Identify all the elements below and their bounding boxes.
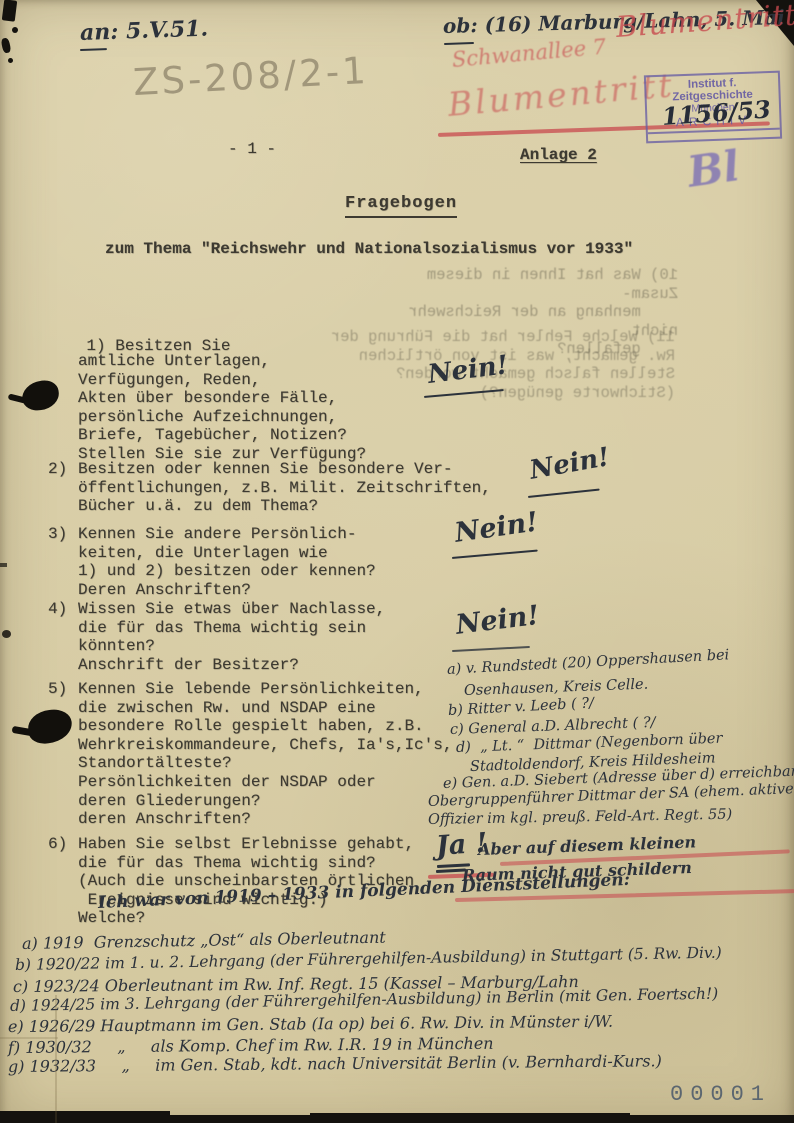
question-5-number: 5): [48, 680, 67, 699]
answer-4-underline: [452, 646, 530, 652]
paper-crease: [55, 995, 57, 1123]
question-4-number: 4): [48, 600, 67, 619]
question-6-number: 6): [48, 835, 67, 854]
scan-speck: [2, 630, 11, 638]
question-4-body: Wissen Sie etwas über Nachlasse, die für…: [78, 600, 385, 674]
question-3-body: Kennen Sie andere Persönlich- keiten, di…: [78, 525, 376, 599]
scan-speck: [1, 37, 12, 53]
answer-2: Nein!: [527, 442, 612, 486]
ink-blot: [26, 708, 73, 745]
received-date-note: an: 5.V.51.: [80, 16, 209, 46]
address-annotation-red: Schwanallee 7: [451, 35, 607, 72]
scan-speck: [12, 27, 18, 33]
answer-4: Nein!: [454, 600, 541, 641]
file-reference-pencil: ZS-208/2-1: [132, 49, 370, 104]
question-1-body: amtliche Unterlagen, Verfügungen, Reden,…: [78, 352, 366, 464]
answer-5-line: Osenhausen, Kreis Celle.: [464, 677, 649, 699]
page-number: - 1 -: [228, 140, 276, 159]
name-annotation-red: Blumentritt: [615, 0, 794, 44]
scan-edge-top-left: [2, 0, 17, 22]
reader-initials: Bl: [685, 141, 743, 197]
question-2-body: Besitzen oder kennen Sie besondere Ver- …: [78, 460, 491, 516]
service-history-entry: a) 1919 Grenzschutz „Ost“ als Oberleutna…: [22, 928, 386, 953]
answer-3-underline: [452, 550, 538, 559]
question-5-body: Kennen Sie lebende Persönlichkeiten, die…: [78, 680, 452, 829]
underline-stroke: [444, 42, 474, 45]
scanned-document-page: 10) Was hat Ihnen in diesem Zusam- menha…: [0, 0, 794, 1123]
ink-blot: [20, 379, 61, 413]
document-subtitle: zum Thema "Reichswehr und Nationalsozial…: [105, 240, 633, 259]
annex-label: Anlage 2: [520, 146, 597, 165]
document-title: Fragebogen: [345, 195, 457, 218]
signature-red: Blumentritt: [446, 65, 676, 124]
scan-edge-bottom-left: [0, 1111, 170, 1123]
answer-5-line: Offizier im kgl. preuß. Feld-Art. Regt. …: [428, 807, 732, 828]
question-3-number: 3): [48, 525, 67, 544]
scan-speck: [0, 563, 7, 567]
answer-5-line: b) Ritter v. Leeb ( ?/: [448, 695, 595, 719]
paper-crease: [0, 1037, 58, 1039]
catalog-number: 00001: [670, 1082, 771, 1107]
service-history-entry: e) 1926/29 Hauptmann im Gen. Stab (Ia op…: [8, 1012, 613, 1036]
answer-2-underline: [528, 488, 600, 498]
answer-5-line: a) v. Rundstedt (20) Oppershausen bei: [447, 647, 730, 678]
underline-stroke: [80, 48, 107, 51]
scan-speck: [8, 58, 13, 63]
question-2-number: 2): [48, 460, 67, 479]
scan-edge-bottom-mid: [310, 1113, 630, 1123]
